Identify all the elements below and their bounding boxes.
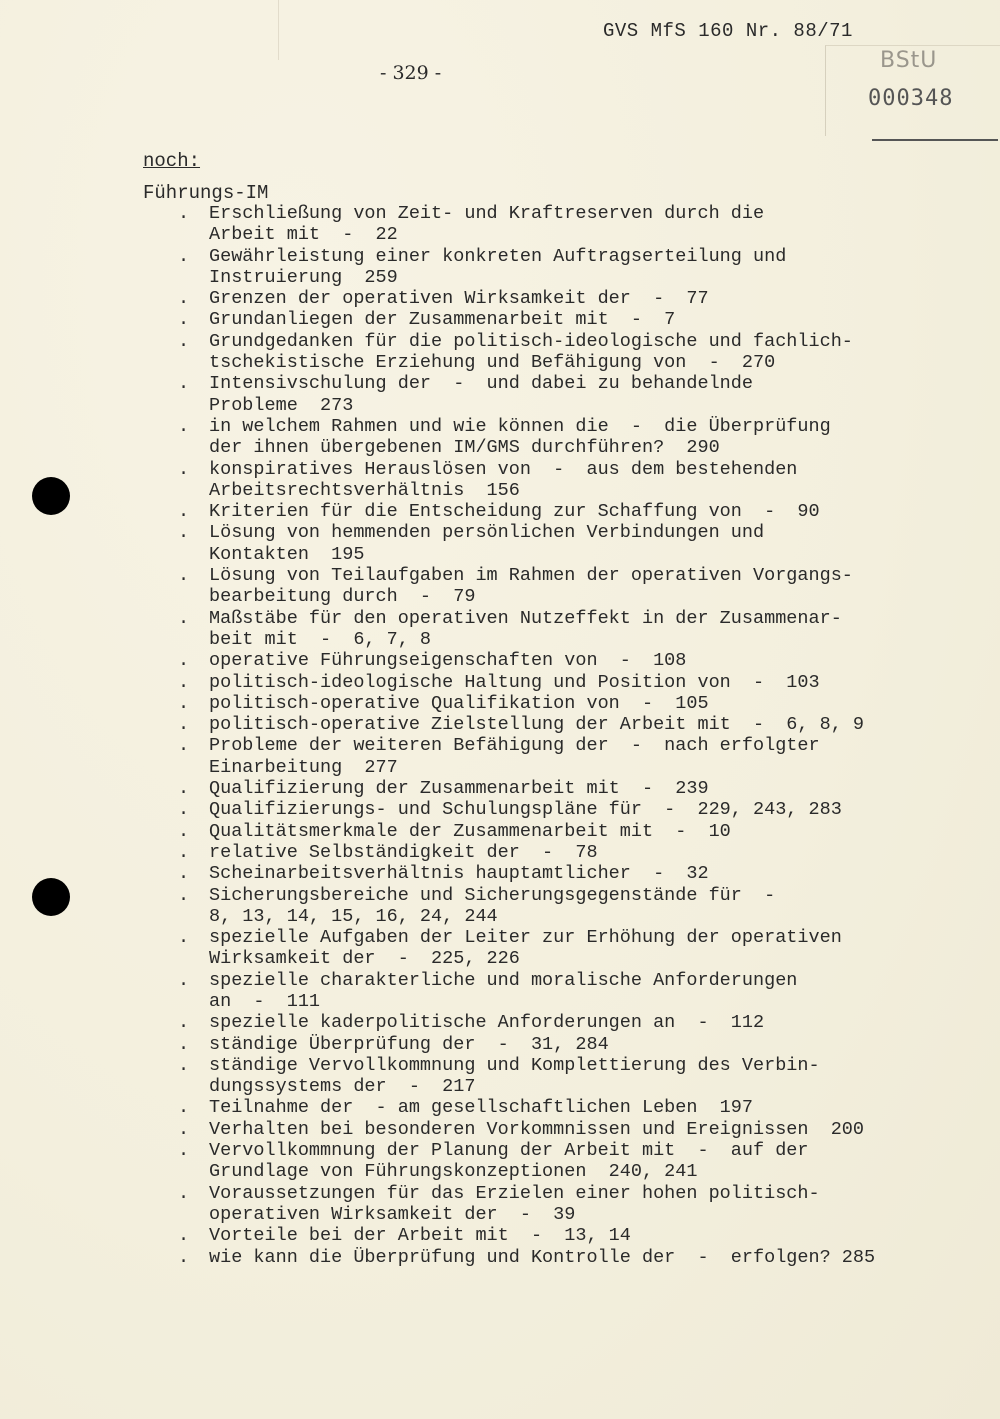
- index-entry-line: Wirksamkeit der - 225, 226: [209, 948, 1000, 969]
- index-entry-line: operativen Wirksamkeit der - 39: [209, 1204, 1000, 1225]
- stamp-underline: [872, 139, 998, 141]
- index-entry: .Lösung von Teilaufgaben im Rahmen der o…: [178, 565, 1000, 608]
- bullet-icon: .: [178, 522, 189, 543]
- archive-stamp-number: 000348: [868, 86, 953, 111]
- bullet-icon: .: [178, 1183, 189, 1204]
- bullet-icon: .: [178, 735, 189, 756]
- index-entry: .konspiratives Herauslösen von - aus dem…: [178, 459, 1000, 502]
- index-entry: .Scheinarbeitsverhältnis hauptamtlicher …: [178, 863, 1000, 884]
- index-entry: .spezielle kaderpolitische Anforderungen…: [178, 1012, 1000, 1033]
- index-entry-line: Grenzen der operativen Wirksamkeit der -…: [209, 288, 1000, 309]
- index-entry-line: Grundgedanken für die politisch-ideologi…: [209, 331, 1000, 352]
- index-entry-line: politisch-operative Qualifikation von - …: [209, 693, 1000, 714]
- index-entry-line: Qualifizierungs- und Schulungspläne für …: [209, 799, 1000, 820]
- index-entry: .Vervollkommnung der Planung der Arbeit …: [178, 1140, 1000, 1183]
- index-entry: .operative Führungseigenschaften von - 1…: [178, 650, 1000, 671]
- index-entry-line: beit mit - 6, 7, 8: [209, 629, 1000, 650]
- index-entry: .Sicherungsbereiche und Sicherungsgegens…: [178, 885, 1000, 928]
- index-entry: .Qualifizierung der Zusammenarbeit mit -…: [178, 778, 1000, 799]
- bullet-icon: .: [178, 799, 189, 820]
- index-entry-line: politisch-operative Zielstellung der Arb…: [209, 714, 1000, 735]
- index-entry-line: relative Selbständigkeit der - 78: [209, 842, 1000, 863]
- index-entry: .politisch-operative Qualifikation von -…: [178, 693, 1000, 714]
- bullet-icon: .: [178, 863, 189, 884]
- index-entry: .Grundgedanken für die politisch-ideolog…: [178, 331, 1000, 374]
- bullet-icon: .: [178, 1247, 189, 1268]
- bullet-icon: .: [178, 1225, 189, 1246]
- index-entry-line: ständige Vervollkommnung und Komplettier…: [209, 1055, 1000, 1076]
- index-entry-line: Grundanliegen der Zusammenarbeit mit - 7: [209, 309, 1000, 330]
- bullet-icon: .: [178, 309, 189, 330]
- bullet-icon: .: [178, 1119, 189, 1140]
- document-page: GVS MfS 160 Nr. 88/71 - 329 - BStU 00034…: [0, 0, 1000, 1419]
- page-number: - 329 -: [380, 62, 441, 84]
- index-entry-line: in welchem Rahmen und wie können die - d…: [209, 416, 1000, 437]
- index-entry: .politisch-ideologische Haltung und Posi…: [178, 672, 1000, 693]
- index-entry-line: spezielle Aufgaben der Leiter zur Erhöhu…: [209, 927, 1000, 948]
- index-entry: .Gewährleistung einer konkreten Auftrags…: [178, 246, 1000, 289]
- bullet-icon: .: [178, 1012, 189, 1033]
- index-entry-line: Qualifizierung der Zusammenarbeit mit - …: [209, 778, 1000, 799]
- index-entry-line: Lösung von hemmenden persönlichen Verbin…: [209, 522, 1000, 543]
- bullet-icon: .: [178, 927, 189, 948]
- bullet-icon: .: [178, 1034, 189, 1055]
- bullet-icon: .: [178, 203, 189, 224]
- index-entry-list: .Erschließung von Zeit- und Kraftreserve…: [178, 203, 1000, 1268]
- index-entry-line: dungssystems der - 217: [209, 1076, 1000, 1097]
- bullet-icon: .: [178, 565, 189, 586]
- index-entry: .ständige Überprüfung der - 31, 284: [178, 1034, 1000, 1055]
- index-entry-line: Voraussetzungen für das Erzielen einer h…: [209, 1183, 1000, 1204]
- index-entry-line: Grundlage von Führungskonzeptionen 240, …: [209, 1161, 1000, 1182]
- bullet-icon: .: [178, 821, 189, 842]
- index-entry-line: bearbeitung durch - 79: [209, 586, 1000, 607]
- archive-stamp-org: BStU: [880, 48, 937, 73]
- index-entry: .Voraussetzungen für das Erzielen einer …: [178, 1183, 1000, 1226]
- index-entry-line: Probleme der weiteren Befähigung der - n…: [209, 735, 1000, 756]
- index-entry-line: politisch-ideologische Haltung und Posit…: [209, 672, 1000, 693]
- index-entry-line: Kontakten 195: [209, 544, 1000, 565]
- bullet-icon: .: [178, 331, 189, 352]
- bullet-icon: .: [178, 714, 189, 735]
- index-entry: .Verhalten bei besonderen Vorkommnissen …: [178, 1119, 1000, 1140]
- bullet-icon: .: [178, 885, 189, 906]
- index-entry-line: Lösung von Teilaufgaben im Rahmen der op…: [209, 565, 1000, 586]
- index-entry: .in welchem Rahmen und wie können die - …: [178, 416, 1000, 459]
- bullet-icon: .: [178, 1140, 189, 1161]
- index-entry-line: Sicherungsbereiche und Sicherungsgegenst…: [209, 885, 1000, 906]
- paper-fold-mark: [278, 0, 279, 60]
- bullet-icon: .: [178, 246, 189, 267]
- index-entry-line: Verhalten bei besonderen Vorkommnissen u…: [209, 1119, 1000, 1140]
- continuation-label: noch:: [143, 150, 200, 172]
- bullet-icon: .: [178, 501, 189, 522]
- index-entry: .Probleme der weiteren Befähigung der - …: [178, 735, 1000, 778]
- index-entry: .relative Selbständigkeit der - 78: [178, 842, 1000, 863]
- index-entry-line: Qualitätsmerkmale der Zusammenarbeit mit…: [209, 821, 1000, 842]
- bullet-icon: .: [178, 970, 189, 991]
- bullet-icon: .: [178, 459, 189, 480]
- index-entry: .spezielle charakterliche und moralische…: [178, 970, 1000, 1013]
- punch-hole-icon: [32, 477, 70, 515]
- bullet-icon: .: [178, 650, 189, 671]
- bullet-icon: .: [178, 1055, 189, 1076]
- index-entry-line: Kriterien für die Entscheidung zur Schaf…: [209, 501, 1000, 522]
- index-entry: .Grundanliegen der Zusammenarbeit mit - …: [178, 309, 1000, 330]
- bullet-icon: .: [178, 1097, 189, 1118]
- bullet-icon: .: [178, 693, 189, 714]
- index-entry-line: Erschließung von Zeit- und Kraftreserven…: [209, 203, 1000, 224]
- index-entry-line: konspiratives Herauslösen von - aus dem …: [209, 459, 1000, 480]
- index-entry: .Lösung von hemmenden persönlichen Verbi…: [178, 522, 1000, 565]
- index-entry: .Intensivschulung der - und dabei zu beh…: [178, 373, 1000, 416]
- index-entry: .Maßstäbe für den operativen Nutzeffekt …: [178, 608, 1000, 651]
- index-entry: .Qualifizierungs- und Schulungspläne für…: [178, 799, 1000, 820]
- bullet-icon: .: [178, 842, 189, 863]
- index-entry: .ständige Vervollkommnung und Komplettie…: [178, 1055, 1000, 1098]
- index-entry-line: 8, 13, 14, 15, 16, 24, 244: [209, 906, 1000, 927]
- index-entry: .Qualitätsmerkmale der Zusammenarbeit mi…: [178, 821, 1000, 842]
- index-entry: .Vorteile bei der Arbeit mit - 13, 14: [178, 1225, 1000, 1246]
- index-entry: .Erschließung von Zeit- und Kraftreserve…: [178, 203, 1000, 246]
- bullet-icon: .: [178, 778, 189, 799]
- index-entry-line: tschekistische Erziehung und Befähigung …: [209, 352, 1000, 373]
- index-entry-line: spezielle charakterliche und moralische …: [209, 970, 1000, 991]
- document-reference: GVS MfS 160 Nr. 88/71: [603, 20, 853, 42]
- bullet-icon: .: [178, 416, 189, 437]
- index-entry-line: Einarbeitung 277: [209, 757, 1000, 778]
- bullet-icon: .: [178, 373, 189, 394]
- index-entry-line: Intensivschulung der - und dabei zu beha…: [209, 373, 1000, 394]
- bullet-icon: .: [178, 608, 189, 629]
- index-entry: .politisch-operative Zielstellung der Ar…: [178, 714, 1000, 735]
- index-entry: .wie kann die Überprüfung und Kontrolle …: [178, 1247, 1000, 1268]
- index-entry-line: Vervollkommnung der Planung der Arbeit m…: [209, 1140, 1000, 1161]
- index-entry-line: ständige Überprüfung der - 31, 284: [209, 1034, 1000, 1055]
- index-entry-line: Teilnahme der - am gesellschaftlichen Le…: [209, 1097, 1000, 1118]
- index-entry: .Grenzen der operativen Wirksamkeit der …: [178, 288, 1000, 309]
- index-entry-line: Vorteile bei der Arbeit mit - 13, 14: [209, 1225, 1000, 1246]
- index-entry-line: wie kann die Überprüfung und Kontrolle d…: [209, 1247, 1000, 1268]
- index-entry-line: operative Führungseigenschaften von - 10…: [209, 650, 1000, 671]
- punch-hole-icon: [32, 878, 70, 916]
- bullet-icon: .: [178, 672, 189, 693]
- index-entry-line: Arbeitsrechtsverhältnis 156: [209, 480, 1000, 501]
- index-entry-line: der ihnen übergebenen IM/GMS durchführen…: [209, 437, 1000, 458]
- index-entry: .spezielle Aufgaben der Leiter zur Erhöh…: [178, 927, 1000, 970]
- index-entry-line: Gewährleistung einer konkreten Auftragse…: [209, 246, 1000, 267]
- index-entry-line: an - 111: [209, 991, 1000, 1012]
- index-entry-line: Maßstäbe für den operativen Nutzeffekt i…: [209, 608, 1000, 629]
- index-entry: .Teilnahme der - am gesellschaftlichen L…: [178, 1097, 1000, 1118]
- section-title: Führungs-IM: [143, 182, 268, 204]
- bullet-icon: .: [178, 288, 189, 309]
- index-entry-line: Probleme 273: [209, 395, 1000, 416]
- index-entry-line: Scheinarbeitsverhältnis hauptamtlicher -…: [209, 863, 1000, 884]
- index-entry-line: Arbeit mit - 22: [209, 224, 1000, 245]
- index-entry: .Kriterien für die Entscheidung zur Scha…: [178, 501, 1000, 522]
- index-entry-line: Instruierung 259: [209, 267, 1000, 288]
- index-entry-line: spezielle kaderpolitische Anforderungen …: [209, 1012, 1000, 1033]
